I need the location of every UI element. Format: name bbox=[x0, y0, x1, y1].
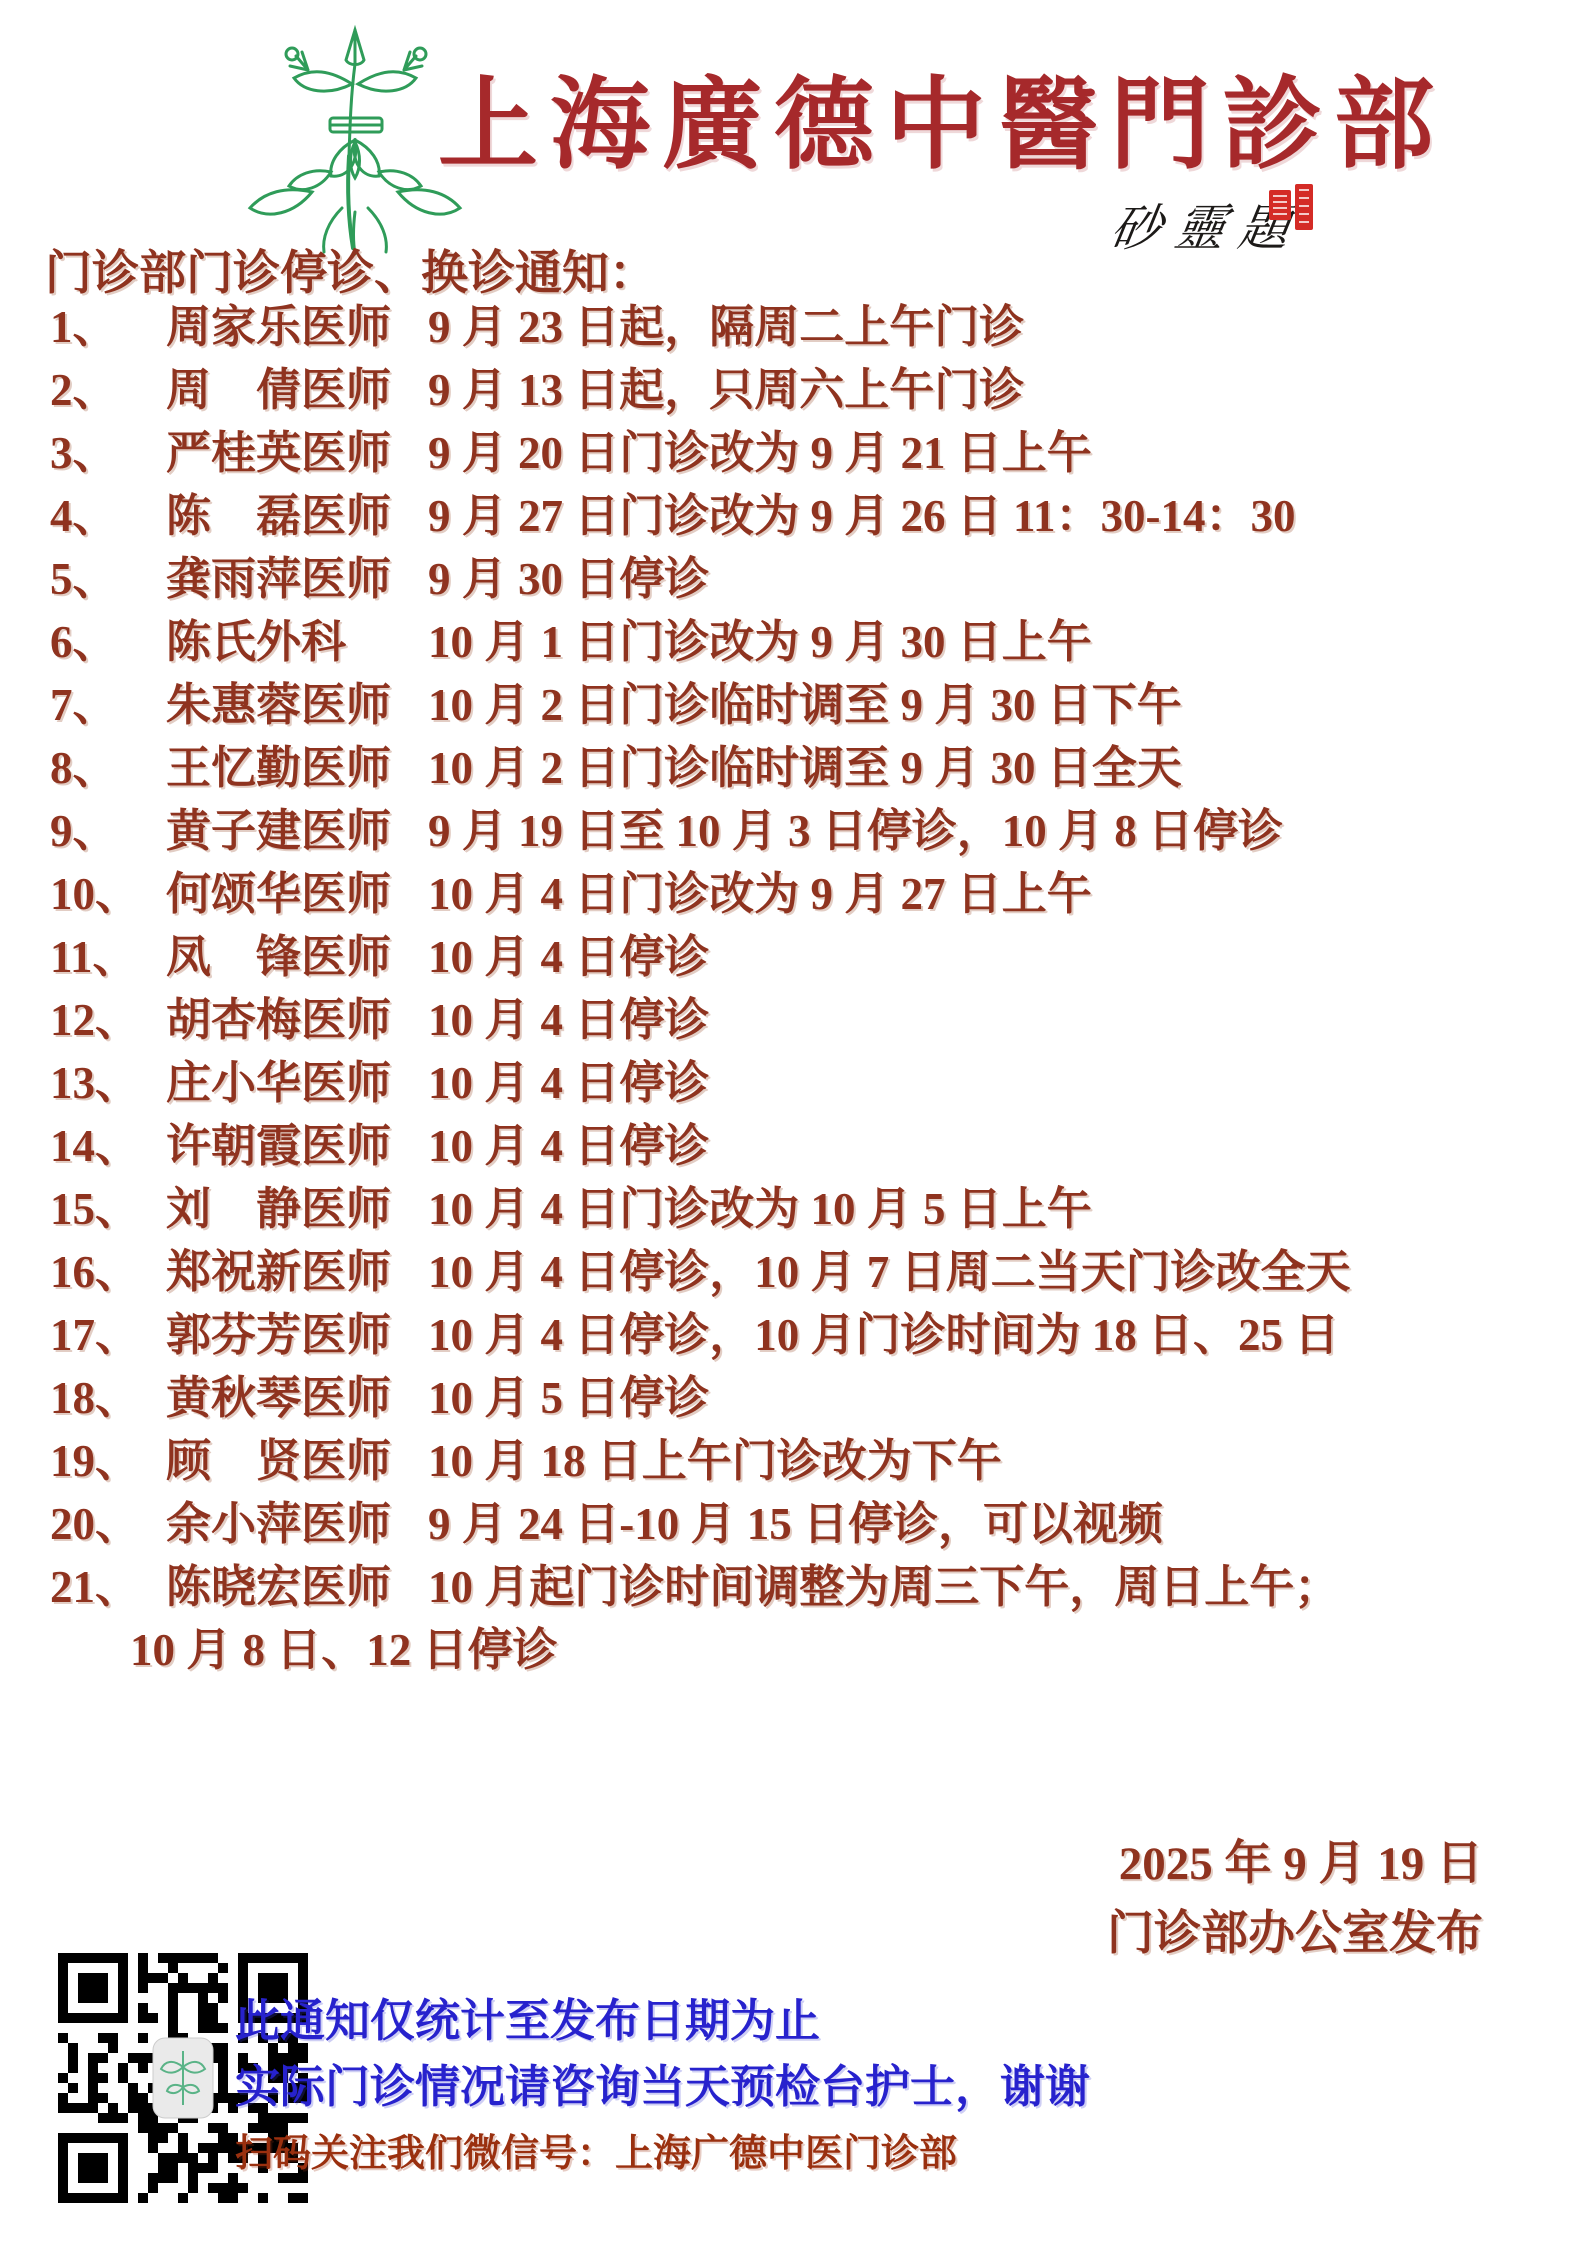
schedule-detail: 10 月 4 日门诊改为 10 月 5 日上午 bbox=[428, 1178, 1562, 1241]
schedule-item: 9、 黄子建医师 9 月 19 日至 10 月 3 日停诊，10 月 8 日停诊 bbox=[50, 800, 1562, 863]
item-number: 14、 bbox=[50, 1115, 166, 1178]
item-number: 20、 bbox=[50, 1493, 166, 1556]
doctor-name: 周家乐医师 bbox=[166, 296, 428, 359]
schedule-detail: 9 月 27 日门诊改为 9 月 26 日 11：30-14：30 bbox=[428, 485, 1562, 548]
item-number: 16、 bbox=[50, 1241, 166, 1304]
schedule-list: 1、 周家乐医师 9 月 23 日起，隔周二上午门诊 2、 周 倩医师 9 月 … bbox=[50, 296, 1562, 1682]
schedule-item: 19、 顾 贤医师 10 月 18 日上午门诊改为下午 bbox=[50, 1430, 1562, 1493]
doctor-name: 顾 贤医师 bbox=[166, 1430, 428, 1493]
note-line-1: 此通知仅统计至发布日期为止 bbox=[235, 1984, 820, 2049]
item-number: 18、 bbox=[50, 1367, 166, 1430]
doctor-name: 庄小华医师 bbox=[166, 1052, 428, 1115]
schedule-detail: 10 月 4 日停诊 bbox=[428, 926, 1562, 989]
doctor-name: 黄子建医师 bbox=[166, 800, 428, 863]
clinic-title: 上海廣德中醫門診部 bbox=[438, 44, 1446, 188]
doctor-name: 王忆勤医师 bbox=[166, 737, 428, 800]
schedule-detail: 9 月 30 日停诊 bbox=[428, 548, 1562, 611]
schedule-detail: 10 月 4 日门诊改为 9 月 27 日上午 bbox=[428, 863, 1562, 926]
item-number: 21、 bbox=[50, 1556, 166, 1619]
schedule-detail: 10 月 4 日停诊，10 月门诊时间为 18 日、25 日 bbox=[428, 1304, 1562, 1367]
schedule-item: 17、 郭芬芳医师 10 月 4 日停诊，10 月门诊时间为 18 日、25 日 bbox=[50, 1304, 1562, 1367]
schedule-item: 13、 庄小华医师 10 月 4 日停诊 bbox=[50, 1052, 1562, 1115]
doctor-name: 周 倩医师 bbox=[166, 359, 428, 422]
doctor-name: 刘 静医师 bbox=[166, 1178, 428, 1241]
schedule-item: 20、 余小萍医师 9 月 24 日-10 月 15 日停诊，可以视频 bbox=[50, 1493, 1562, 1556]
item-number: 3、 bbox=[50, 422, 166, 485]
schedule-item: 4、 陈 磊医师 9 月 27 日门诊改为 9 月 26 日 11：30-14：… bbox=[50, 485, 1562, 548]
schedule-detail: 10 月 1 日门诊改为 9 月 30 日上午 bbox=[428, 611, 1562, 674]
item-number: 12、 bbox=[50, 989, 166, 1052]
schedule-item: 8、 王忆勤医师 10 月 2 日门诊临时调至 9 月 30 日全天 bbox=[50, 737, 1562, 800]
schedule-item: 11、 凤 锋医师 10 月 4 日停诊 bbox=[50, 926, 1562, 989]
schedule-item: 16、 郑祝新医师 10 月 4 日停诊，10 月 7 日周二当天门诊改全天 bbox=[50, 1241, 1562, 1304]
schedule-detail: 10 月 4 日停诊 bbox=[428, 1052, 1562, 1115]
schedule-detail: 9 月 24 日-10 月 15 日停诊，可以视频 bbox=[428, 1493, 1562, 1556]
schedule-item: 21、 陈晓宏医师 10 月起门诊时间调整为周三下午，周日上午； bbox=[50, 1556, 1562, 1619]
schedule-detail: 10 月 18 日上午门诊改为下午 bbox=[428, 1430, 1562, 1493]
schedule-detail: 9 月 19 日至 10 月 3 日停诊，10 月 8 日停诊 bbox=[428, 800, 1562, 863]
publisher: 门诊部办公室发布 bbox=[1107, 1896, 1483, 1963]
item-number: 7、 bbox=[50, 674, 166, 737]
item-number: 13、 bbox=[50, 1052, 166, 1115]
doctor-name: 郑祝新医师 bbox=[166, 1241, 428, 1304]
doctor-name: 龚雨萍医师 bbox=[166, 548, 428, 611]
notice-page: 上海廣德中醫門診部 砂靈題 门诊部门诊停诊、换诊通知： 1、 周家乐医师 9 月… bbox=[0, 0, 1588, 2245]
schedule-detail: 9 月 23 日起，隔周二上午门诊 bbox=[428, 296, 1562, 359]
doctor-name: 陈氏外科 bbox=[166, 611, 428, 674]
schedule-detail: 10 月 4 日停诊 bbox=[428, 989, 1562, 1052]
doctor-name: 许朝霞医师 bbox=[166, 1115, 428, 1178]
schedule-item: 3、 严桂英医师 9 月 20 日门诊改为 9 月 21 日上午 bbox=[50, 422, 1562, 485]
schedule-detail: 10 月 4 日停诊，10 月 7 日周二当天门诊改全天 bbox=[428, 1241, 1562, 1304]
doctor-name: 严桂英医师 bbox=[166, 422, 428, 485]
schedule-item: 2、 周 倩医师 9 月 13 日起，只周六上午门诊 bbox=[50, 359, 1562, 422]
item-number: 19、 bbox=[50, 1430, 166, 1493]
doctor-name: 黄秋琴医师 bbox=[166, 1367, 428, 1430]
item-number: 6、 bbox=[50, 611, 166, 674]
schedule-detail: 10 月 5 日停诊 bbox=[428, 1367, 1562, 1430]
doctor-name: 余小萍医师 bbox=[166, 1493, 428, 1556]
schedule-item: 6、 陈氏外科 10 月 1 日门诊改为 9 月 30 日上午 bbox=[50, 611, 1562, 674]
note-line-2: 实际门诊情况请咨询当天预检台护士，谢谢 bbox=[235, 2050, 1090, 2115]
item-number: 4、 bbox=[50, 485, 166, 548]
doctor-name: 胡杏梅医师 bbox=[166, 989, 428, 1052]
schedule-item: 7、 朱惠蓉医师 10 月 2 日门诊临时调至 9 月 30 日下午 bbox=[50, 674, 1562, 737]
item-number: 10、 bbox=[50, 863, 166, 926]
schedule-detail: 10 月 2 日门诊临时调至 9 月 30 日下午 bbox=[428, 674, 1562, 737]
schedule-item: 1、 周家乐医师 9 月 23 日起，隔周二上午门诊 bbox=[50, 296, 1562, 359]
schedule-item: 5、 龚雨萍医师 9 月 30 日停诊 bbox=[50, 548, 1562, 611]
item-number: 15、 bbox=[50, 1178, 166, 1241]
item-number: 9、 bbox=[50, 800, 166, 863]
doctor-name: 朱惠蓉医师 bbox=[166, 674, 428, 737]
doctor-name: 郭芬芳医师 bbox=[166, 1304, 428, 1367]
qr-caption: 扫码关注我们微信号：上海广德中医门诊部 bbox=[235, 2122, 957, 2177]
doctor-name: 陈晓宏医师 bbox=[166, 1556, 428, 1619]
item-number: 11、 bbox=[50, 926, 166, 989]
signature-seal-icon bbox=[1268, 182, 1316, 245]
doctor-name: 陈 磊医师 bbox=[166, 485, 428, 548]
schedule-item-continuation: 10 月 8 日、12 日停诊 bbox=[130, 1619, 1562, 1682]
schedule-detail: 9 月 13 日起，只周六上午门诊 bbox=[428, 359, 1562, 422]
item-number: 8、 bbox=[50, 737, 166, 800]
item-number: 5、 bbox=[50, 548, 166, 611]
doctor-name: 凤 锋医师 bbox=[166, 926, 428, 989]
schedule-detail: 10 月 2 日门诊临时调至 9 月 30 日全天 bbox=[428, 737, 1562, 800]
item-number: 2、 bbox=[50, 359, 166, 422]
notice-title: 门诊部门诊停诊、换诊通知： bbox=[45, 236, 656, 303]
publish-date: 2025 年 9 月 19 日 bbox=[1119, 1826, 1483, 1893]
doctor-name: 何颂华医师 bbox=[166, 863, 428, 926]
schedule-item: 10、 何颂华医师 10 月 4 日门诊改为 9 月 27 日上午 bbox=[50, 863, 1562, 926]
schedule-detail: 10 月起门诊时间调整为周三下午，周日上午； bbox=[428, 1556, 1562, 1619]
schedule-detail: 10 月 4 日停诊 bbox=[428, 1115, 1562, 1178]
schedule-item: 15、 刘 静医师 10 月 4 日门诊改为 10 月 5 日上午 bbox=[50, 1178, 1562, 1241]
schedule-detail: 9 月 20 日门诊改为 9 月 21 日上午 bbox=[428, 422, 1562, 485]
schedule-item: 12、 胡杏梅医师 10 月 4 日停诊 bbox=[50, 989, 1562, 1052]
schedule-item: 14、 许朝霞医师 10 月 4 日停诊 bbox=[50, 1115, 1562, 1178]
item-number: 1、 bbox=[50, 296, 166, 359]
item-number: 17、 bbox=[50, 1304, 166, 1367]
schedule-item: 18、 黄秋琴医师 10 月 5 日停诊 bbox=[50, 1367, 1562, 1430]
